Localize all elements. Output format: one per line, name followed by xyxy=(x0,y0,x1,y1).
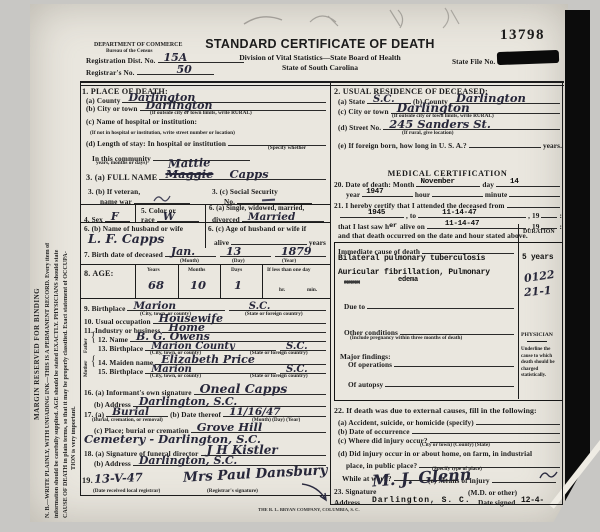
spouse-age-label1: 6. (c) Age of husband or wife if xyxy=(208,224,306,233)
margin-note-line1: N. B.—WRITE PLAINLY, WITH UNFADING INK—T… xyxy=(45,88,51,518)
pencil-check-mark xyxy=(152,192,172,204)
death-certificate-scan: MARGIN RESERVED FOR BINDING N. B.—WRITE … xyxy=(0,0,600,532)
certify-line1-fill xyxy=(507,199,561,208)
margin-note-line4: TION is very important. xyxy=(71,300,77,470)
binding-margin-note: MARGIN RESERVED FOR BINDING xyxy=(33,140,41,420)
father-brace: { xyxy=(91,330,96,346)
physician-label: PHYSICIAN xyxy=(521,332,553,338)
rule xyxy=(178,264,179,298)
death-city-label: (b) City or town xyxy=(86,104,138,113)
last-seen-value: 11-14-47 xyxy=(445,220,479,228)
other-conditions-fill xyxy=(400,326,514,335)
cause1-duration-value: 5 years xyxy=(522,254,553,262)
birth-day-line: 13 xyxy=(220,248,271,257)
injury-where-label: (c) Where did injury occur? xyxy=(338,436,428,445)
age-days-value: 1 xyxy=(234,278,242,292)
informant-line: Oneal Capps xyxy=(194,386,326,395)
certify-19a: , 19 xyxy=(528,211,539,220)
rule xyxy=(80,298,330,299)
registrar-no-label: Registrar's No. xyxy=(86,68,135,77)
death-year-line: 1947 xyxy=(362,188,413,197)
autopsy-row: Of autopsy xyxy=(348,378,516,389)
rule xyxy=(80,81,81,495)
residence-street-value: 245 Sanders St. xyxy=(389,117,491,131)
attended-from-line: 1945 xyxy=(340,209,404,218)
residence-street-line: 245 Sanders St. xyxy=(383,121,560,130)
duration-code2: 21-1 xyxy=(523,284,552,299)
race-line: W xyxy=(157,213,199,222)
immediate-cause-fill xyxy=(422,245,514,254)
age-label: 8. AGE: xyxy=(84,269,114,278)
death-hour-line xyxy=(432,188,483,197)
informant-address-value: Darlington, S.C. xyxy=(139,395,237,408)
full-name-surname: Capps xyxy=(229,167,268,181)
community-note: years, months or days) xyxy=(96,160,147,166)
registrar-no-value: 50 xyxy=(177,63,192,76)
full-name-line: Maggie Capps xyxy=(159,171,326,180)
date-received-note: (Date received local registrar) xyxy=(93,488,160,494)
certificate-state-line: State of South Carolina xyxy=(205,63,435,72)
state-file-no-redaction xyxy=(497,50,559,65)
registrar-no-row: Registrar's No. 50 xyxy=(86,66,216,77)
accident-fill xyxy=(476,416,560,425)
birthplace-line: Marion xyxy=(127,302,224,311)
age-col-days: Days xyxy=(231,267,242,273)
death-year-hour-row: year 1947 hour minute xyxy=(346,188,562,199)
death-month-value: November xyxy=(420,178,454,186)
rule xyxy=(80,264,330,265)
age-col-years: Years xyxy=(147,267,160,273)
age-col-less: If less than one day xyxy=(267,267,311,273)
death-day-line: 14 xyxy=(496,178,560,187)
attended-to-value: 11-14-47 xyxy=(442,209,476,217)
rule xyxy=(262,264,263,298)
registrar-signature-note: (Registrar's signature) xyxy=(207,488,258,494)
full-name-struck: Maggie xyxy=(165,167,213,181)
residence-city-label: (c) City or town xyxy=(338,107,389,116)
certify-line3: and that death occurred on the date and … xyxy=(338,231,528,240)
foreign-born-row: (e) If foreign born, how long in U. S. A… xyxy=(338,139,562,150)
birthplace-state-line: S.C. xyxy=(229,302,326,311)
underline-cause-note: Underline the cause to which death shoul… xyxy=(521,347,561,380)
registration-district-label: Registration Dist. No. xyxy=(86,56,156,65)
burial-date-label: (b) Date thereof xyxy=(170,410,221,419)
age-col-months: Months xyxy=(188,267,205,273)
certify-19b-fill xyxy=(541,220,557,229)
due-to-label: Due to xyxy=(344,302,365,311)
last-seen-line: 11-14-47 xyxy=(427,220,526,229)
burial-method-note: (Burial, cremation, or removal) xyxy=(92,417,163,423)
death-day-value: 14 xyxy=(510,178,519,186)
margin-note-line3: CAUSE OF DEATH in plain terms, so that i… xyxy=(63,88,69,518)
death-year-label: year xyxy=(346,190,360,199)
attended-to-line: 11-14-47 xyxy=(418,209,526,218)
occurrence-date-fill xyxy=(412,425,560,434)
foreign-born-suffix: years. xyxy=(543,141,562,150)
burial-method-line: Burial xyxy=(106,408,168,417)
stay-label: (d) Length of stay: In hospital or insti… xyxy=(86,139,226,148)
autopsy-label: Of autopsy xyxy=(348,380,383,389)
full-name-label: 3. (a) FULL NAME xyxy=(86,173,157,182)
operations-row: Of operations xyxy=(348,358,516,369)
margin-note-line2: information should be carefully supplied… xyxy=(54,88,60,518)
operations-fill xyxy=(394,358,514,367)
rule xyxy=(80,495,330,496)
death-city-note: (If outside city or town limits, write R… xyxy=(150,110,252,116)
rule xyxy=(80,222,330,223)
injury-place-label1: (d) Did injury occur in or about home, o… xyxy=(338,449,532,458)
death-hour-label: hour xyxy=(415,190,430,199)
father-bracket-label: Father xyxy=(83,331,89,353)
certify-19a-fill xyxy=(541,209,557,218)
birth-year-value: 1879 xyxy=(281,245,312,258)
md-or-other-label: (M.D. or other) xyxy=(468,488,517,497)
hospital-label: (c) Name of hospital or institution: xyxy=(86,117,197,126)
mother-bp-state-note: (State or foreign country) xyxy=(250,373,308,379)
registrar-no-line: 50 xyxy=(137,66,214,75)
injury-where-note: (City or town) (County) (State) xyxy=(420,442,490,448)
birthdate-label: 7. Birth date of deceased xyxy=(84,250,163,259)
certify-colon-a: : xyxy=(559,211,562,220)
hospital-note: (If not in hospital or institution, writ… xyxy=(90,130,235,136)
sex-line: F xyxy=(105,213,130,222)
rule xyxy=(205,204,206,248)
state-file-no-label: State File No. xyxy=(452,57,495,66)
death-month-line: November xyxy=(416,178,480,187)
external-causes-title: 22. If death was due to external causes,… xyxy=(334,406,537,415)
age-min-label: min. xyxy=(307,287,317,293)
certify-colon-b: : xyxy=(559,222,562,231)
means-pencil-mark xyxy=(538,468,560,482)
date-received-value: 13-V-47 xyxy=(94,470,143,486)
printer-imprint: THE R. L. BRYAN COMPANY, COLUMBIA, S. C. xyxy=(258,507,360,512)
rule xyxy=(330,81,331,505)
certify-row2: 1945 , to 11-14-47 , 19 : xyxy=(338,209,562,220)
due-to-fill xyxy=(367,300,514,309)
burial-date-line: 11/16/47 xyxy=(223,408,326,417)
death-minute-line xyxy=(509,188,560,197)
funeral-director-address-label: (b) Address xyxy=(94,459,131,468)
last-saw-label-b: alive on xyxy=(400,222,425,231)
death-year-value: 1947 xyxy=(366,188,383,196)
stay-note: (Specify whether xyxy=(268,145,306,151)
informant-signature: Oneal Capps xyxy=(200,381,288,396)
age-hr-label: hr. xyxy=(279,287,285,293)
full-name-row: 3. (a) FULL NAME Maggie Capps xyxy=(86,171,328,182)
mother-brace: { xyxy=(91,354,96,370)
cause2-edema-value: edema xyxy=(398,276,418,284)
scan-edge-shadow xyxy=(565,10,590,522)
rule xyxy=(527,341,547,342)
mother-birthplace-label: 15. Birthplace xyxy=(98,367,143,376)
physician-signature-label: 23. Signature xyxy=(334,487,377,496)
serial-number: 13798 xyxy=(500,27,545,44)
mother-bracket-label: Mother xyxy=(83,355,89,377)
mother-bp-city-note: (City, town, or county) xyxy=(150,373,201,379)
birth-month-line: Jan. xyxy=(165,248,216,257)
residence-state-value: S.C. xyxy=(373,94,395,105)
rule xyxy=(220,264,221,298)
cause2-struck-text: xxxx xyxy=(344,279,360,287)
last-saw-her: er xyxy=(389,222,397,230)
rule xyxy=(135,264,136,298)
pencil-marks xyxy=(230,2,500,36)
duration-header: DURATION xyxy=(523,229,555,235)
cause1-value: Bilateral pulmonary tuberculosis xyxy=(338,254,485,263)
foreign-born-label: (e) If foreign born, how long in U. S. A… xyxy=(338,141,467,150)
medical-certification-title: MEDICAL CERTIFICATION xyxy=(355,169,540,178)
funeral-director-address-value: Darlington, S.C. xyxy=(139,454,237,467)
physician-address-value: Darlington, S. C. xyxy=(372,496,471,505)
spouse-value: L. F. Capps xyxy=(88,231,164,246)
foreign-born-line xyxy=(469,139,541,148)
operations-label: Of operations xyxy=(348,360,392,369)
registrar-flourish xyxy=(300,478,332,504)
physician-address-label: Address xyxy=(334,498,360,507)
rule xyxy=(518,224,519,399)
due-to-row: Due to xyxy=(344,300,516,311)
father-birthplace-label: 13. Birthplace xyxy=(98,344,143,353)
birthplace-label: 9. Birthplace xyxy=(84,304,125,313)
rule xyxy=(80,85,564,86)
autopsy-fill xyxy=(385,378,514,387)
spouse-age-line xyxy=(231,236,307,245)
registrar-section-label: 19. xyxy=(82,476,93,485)
certificate-title: STANDARD CERTIFICATE OF DEATH xyxy=(205,37,435,51)
date-signed-value: 12-4- xyxy=(521,496,544,505)
birth-day-value: 13 xyxy=(226,245,241,258)
birth-month-value: Jan. xyxy=(171,245,195,258)
birth-year-line: 1879 xyxy=(275,248,326,257)
other-conditions-note: (Include pregnancy within three months o… xyxy=(350,335,462,341)
certify-to-label: , to xyxy=(406,211,416,220)
attended-from-value: 1945 xyxy=(368,209,385,217)
rule xyxy=(80,81,564,83)
certificate-subtitle: Division of Vital Statistics—State Board… xyxy=(205,53,435,62)
rule xyxy=(135,204,136,222)
date-signed-label: Date signed xyxy=(478,498,515,507)
residence-street-label: (d) Street No. xyxy=(338,123,381,132)
age-months-value: 10 xyxy=(190,278,206,292)
last-saw-label-a: that I last saw h xyxy=(338,222,389,231)
death-minute-label: minute xyxy=(485,190,508,199)
residence-street-note: (If rural, give location) xyxy=(402,130,454,136)
age-years-value: 68 xyxy=(148,278,164,292)
marital-line: Married xyxy=(242,213,324,222)
